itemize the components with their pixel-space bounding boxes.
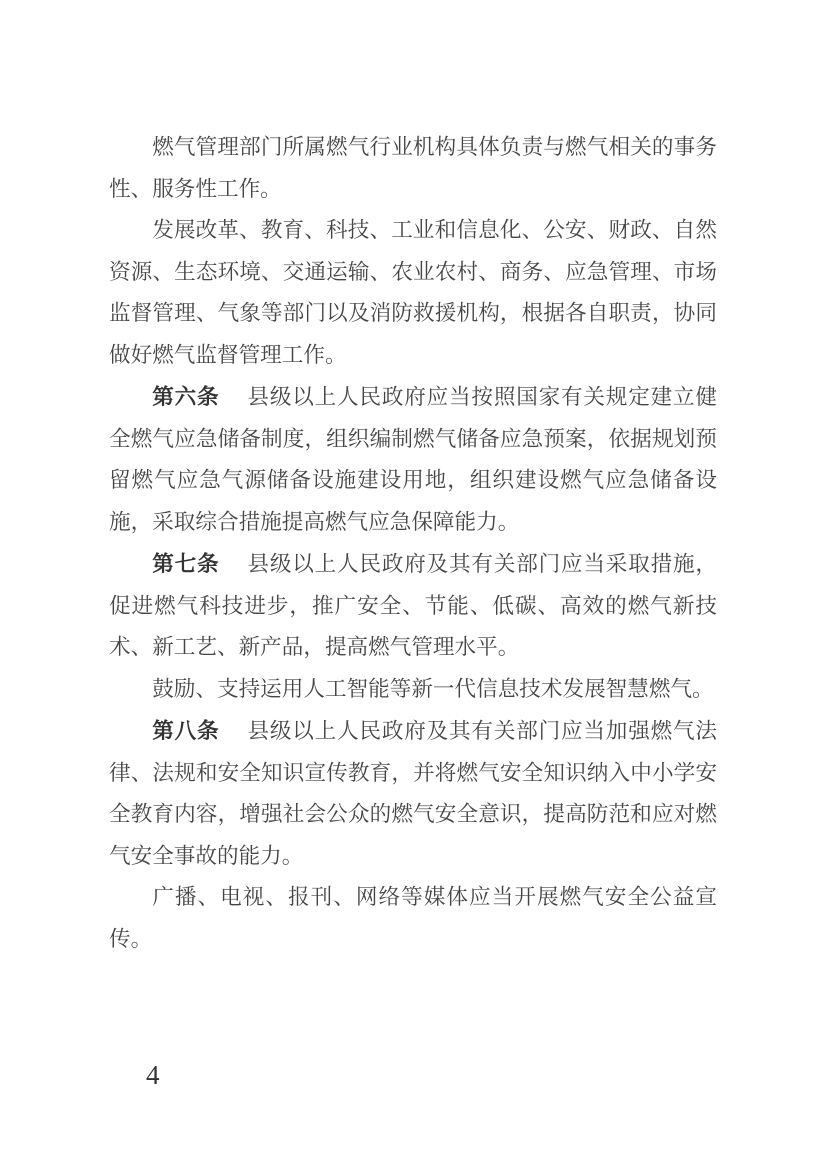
paragraph-text: 燃气管理部门所属燃气行业机构具体负责与燃气相关的事务性、服务性工作。 <box>109 135 717 201</box>
paragraph: 燃气管理部门所属燃气行业机构具体负责与燃气相关的事务性、服务性工作。 <box>109 127 717 210</box>
paragraph: 发展改革、教育、科技、工业和信息化、公安、财政、自然资源、生态环境、交通运输、农… <box>109 210 717 376</box>
article-number: 第六条 <box>152 384 219 409</box>
document-page: 燃气管理部门所属燃气行业机构具体负责与燃气相关的事务性、服务性工作。 发展改革、… <box>0 0 826 1169</box>
paragraph-text: 发展改革、教育、科技、工业和信息化、公安、财政、自然资源、生态环境、交通运输、农… <box>109 218 717 367</box>
paragraph: 广播、电视、报刊、网络等媒体应当开展燃气安全公益宣传。 <box>109 877 717 960</box>
paragraph-text: 广播、电视、报刊、网络等媒体应当开展燃气安全公益宣传。 <box>109 885 717 951</box>
document-body: 燃气管理部门所属燃气行业机构具体负责与燃气相关的事务性、服务性工作。 发展改革、… <box>109 127 717 960</box>
paragraph-article-6: 第六条县级以上人民政府应当按照国家有关规定建立健全燃气应急储备制度，组织编制燃气… <box>109 376 717 543</box>
paragraph-article-7: 第七条县级以上人民政府及其有关部门应当采取措施，促进燃气科技进步，推广安全、节能… <box>109 543 717 669</box>
paragraph: 鼓励、支持运用人工智能等新一代信息技术发展智慧燃气。 <box>109 669 717 711</box>
paragraph-article-8: 第八条县级以上人民政府及其有关部门应当加强燃气法律、法规和安全知识宣传教育，并将… <box>109 710 717 877</box>
paragraph-text: 鼓励、支持运用人工智能等新一代信息技术发展智慧燃气。 <box>152 677 713 701</box>
article-number: 第八条 <box>152 718 219 743</box>
article-number: 第七条 <box>152 551 219 576</box>
page-number: 4 <box>146 1059 160 1091</box>
